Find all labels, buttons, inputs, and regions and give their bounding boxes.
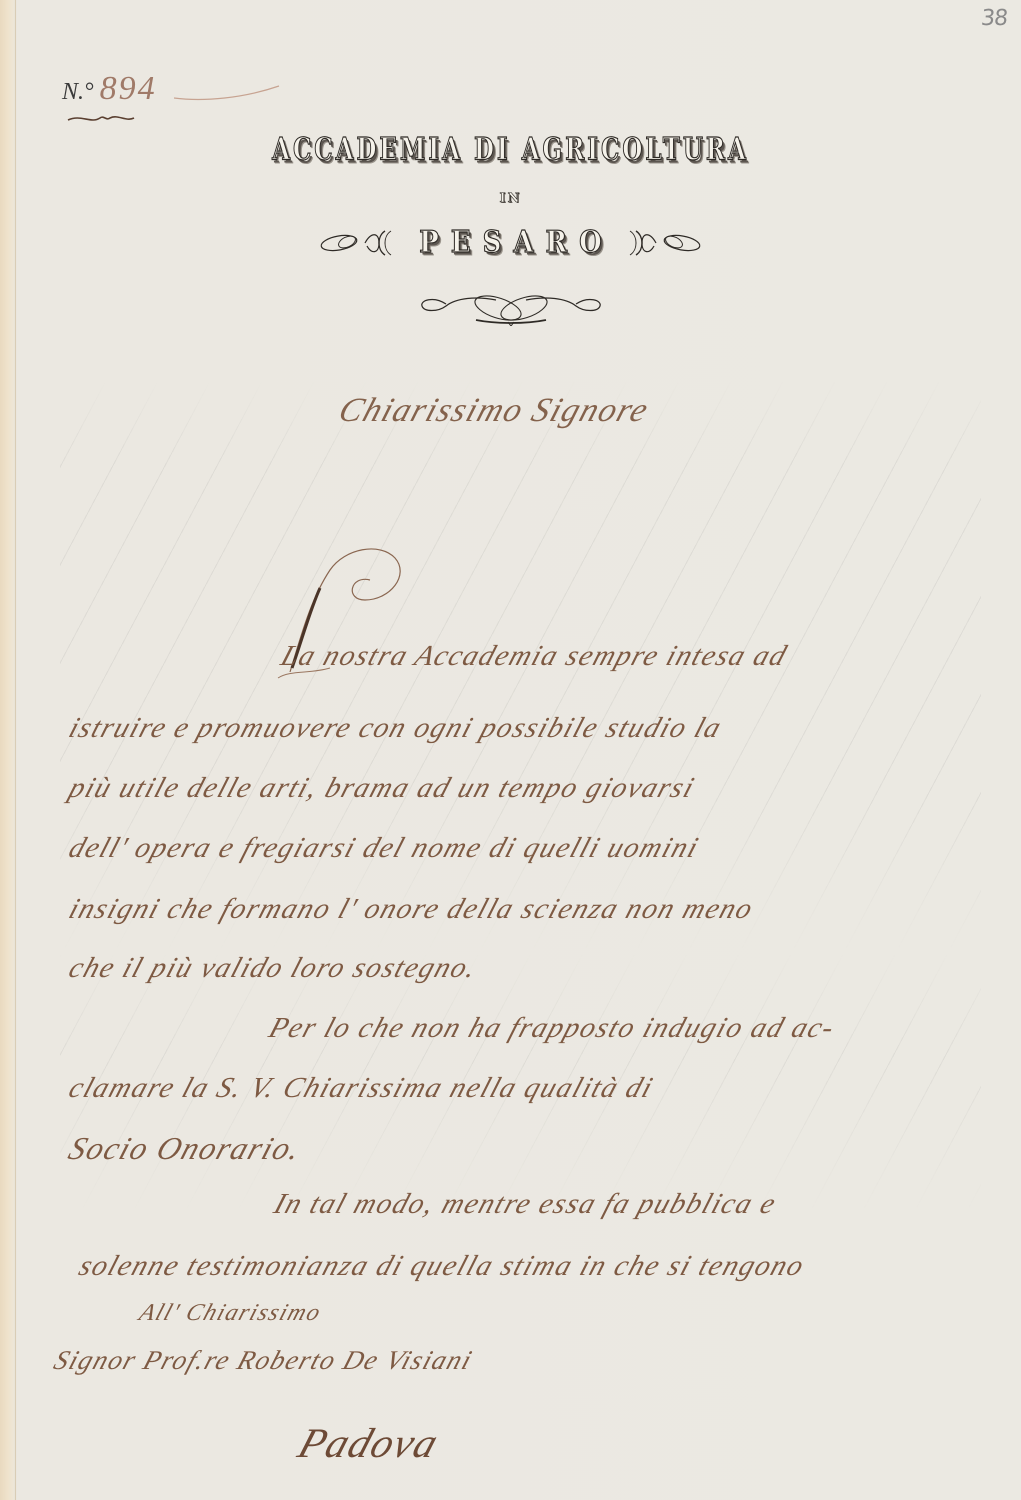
- folio-number: 38: [980, 6, 1009, 31]
- addressee-city: Padova: [292, 1420, 445, 1468]
- body-line: In tal modo, mentre essa fa pubblica e: [270, 1188, 781, 1221]
- addressee-honorific: All' Chiarissimo: [136, 1300, 325, 1327]
- letter-page: 38 N.°894 ACCADEMIA DI AGRICOLTURA IN PE…: [0, 0, 1021, 1500]
- letterhead-city-row: PESARO: [0, 228, 1021, 258]
- calligraphic-flourish-icon: [416, 286, 606, 326]
- addressee-name: Signor Prof.re Roberto De Visiani: [50, 1345, 477, 1376]
- salutation: Chiarissimo Signore: [334, 392, 654, 430]
- body-line: solenne testimonianza di quella stima in…: [75, 1250, 809, 1283]
- body-line: che il più valido loro sostegno.: [65, 952, 482, 985]
- scroll-ornament-left-icon: [317, 228, 397, 258]
- body-line: clamare la S. V. Chiarissima nella quali…: [65, 1072, 658, 1105]
- protocol-value: 894: [100, 70, 157, 107]
- scroll-ornament-right-icon: [624, 228, 704, 258]
- letterhead-ornament: [0, 286, 1021, 326]
- protocol-prefix: N.°: [62, 79, 94, 105]
- body-line: istruire e promuovere con ogni possibile…: [65, 712, 727, 745]
- body-line: La nostra Accademia sempre intesa ad: [277, 640, 792, 673]
- letterhead-title: ACCADEMIA DI AGRICOLTURA: [272, 131, 749, 167]
- letterhead: ACCADEMIA DI AGRICOLTURA IN PESARO: [0, 136, 1021, 326]
- protocol-flourish-icon: [66, 112, 136, 126]
- body-line: più utile delle arti, brama ad un tempo …: [65, 772, 699, 805]
- body-line: dell' opera e fregiarsi del nome di quel…: [65, 832, 704, 865]
- body-line: Per lo che non ha frapposto indugio ad a…: [265, 1012, 840, 1045]
- body-line: insigni che formano l' onore della scien…: [65, 893, 758, 926]
- protocol-tail-flourish-icon: [174, 78, 284, 108]
- body-line: Socio Onorario.: [64, 1130, 307, 1167]
- letterhead-city: PESARO: [407, 226, 614, 261]
- protocol-number: N.°894: [62, 70, 157, 108]
- letterhead-preposition: IN: [0, 191, 1021, 206]
